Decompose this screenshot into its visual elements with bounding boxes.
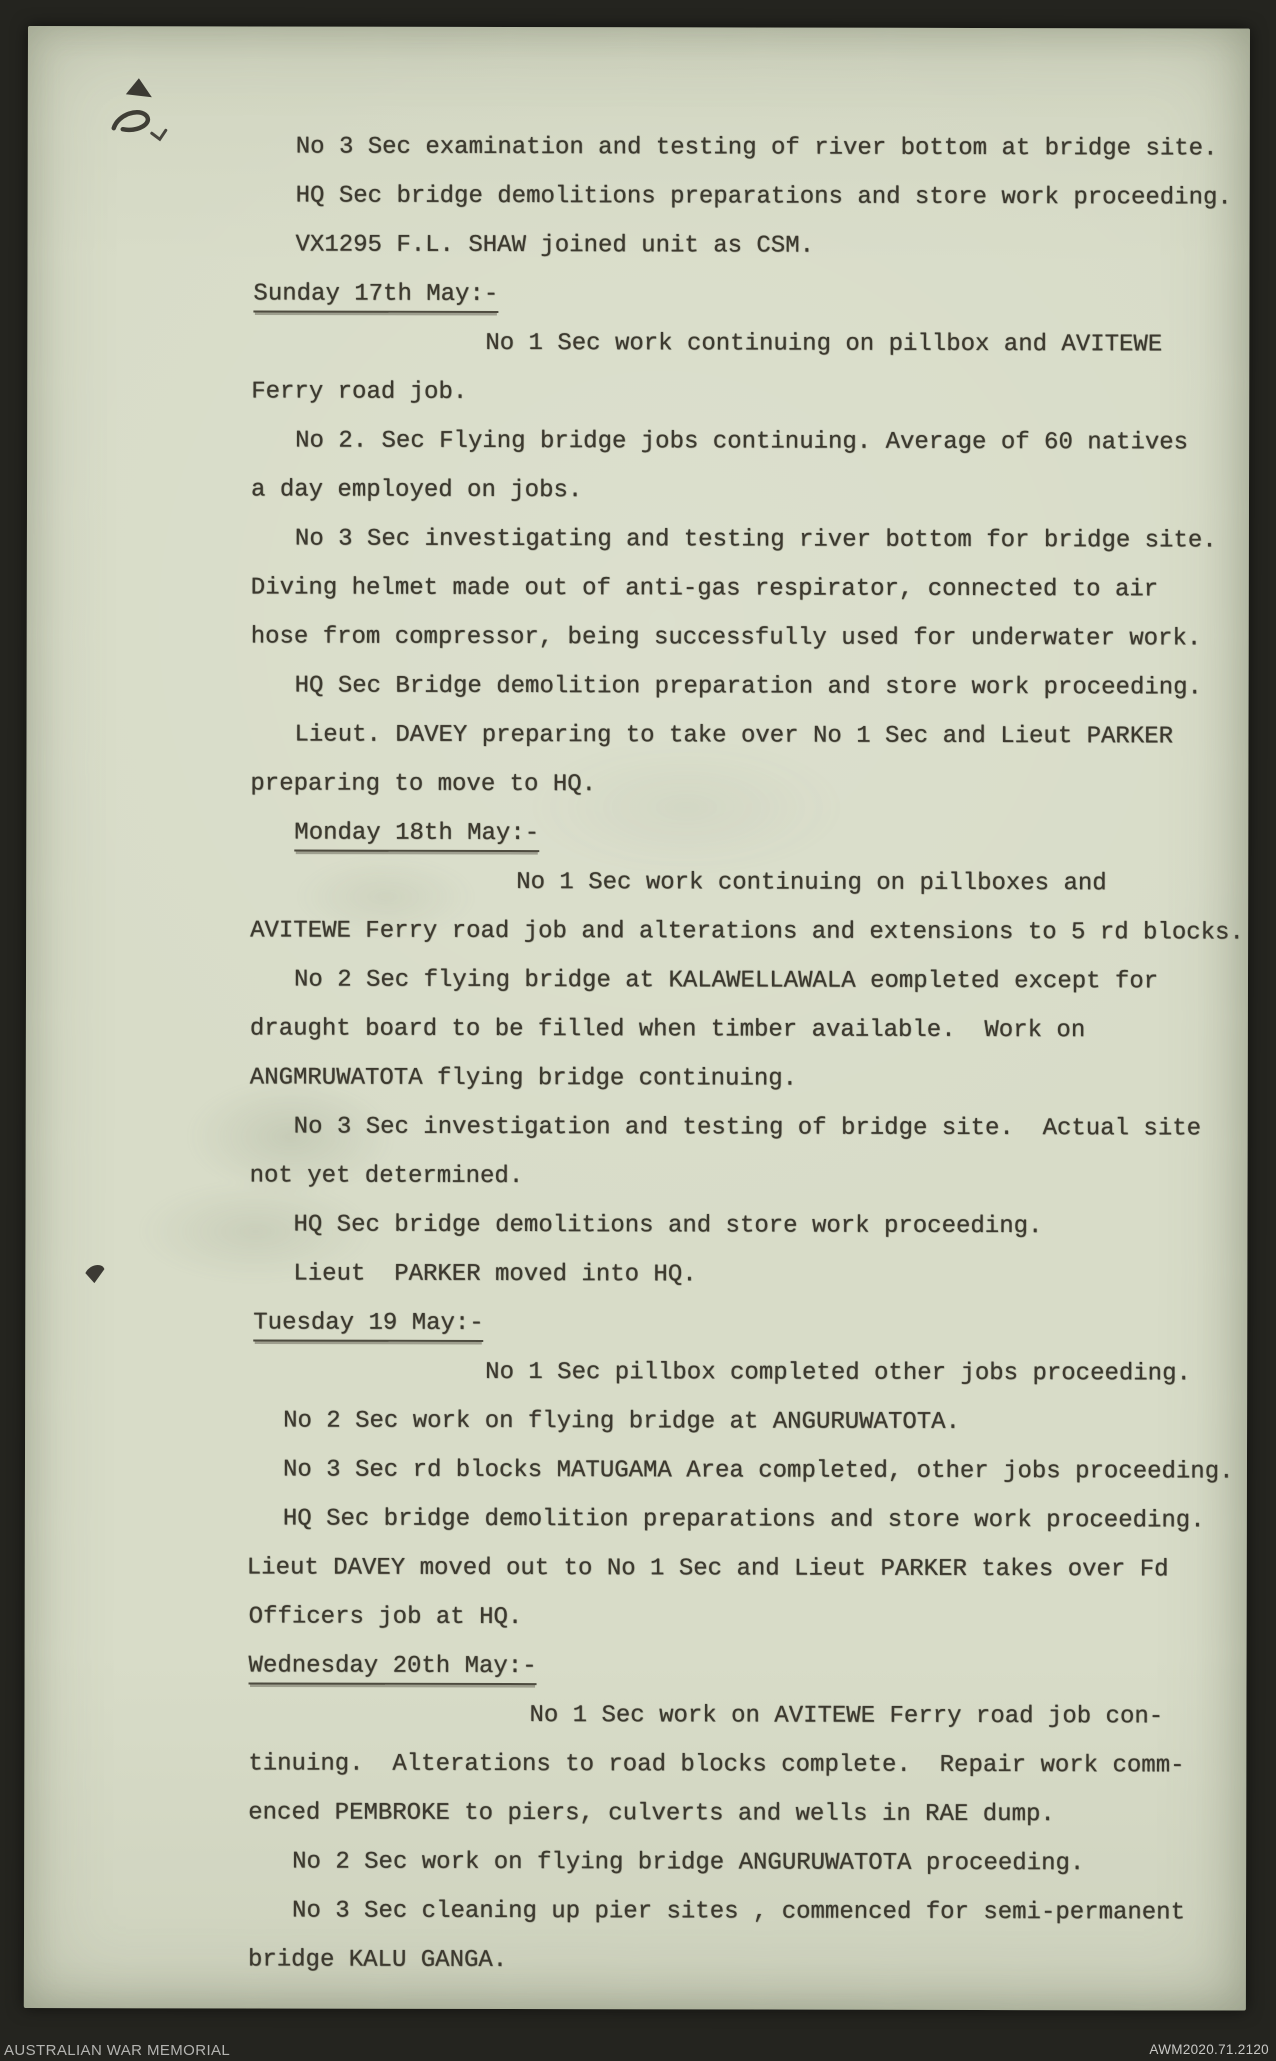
diary-line: Ferry road job.: [251, 379, 467, 405]
diary-line: No 2 Sec flying bridge at KALAWELLAWALA …: [294, 968, 1158, 996]
diary-line: HQ Sec bridge demolitions and store work…: [293, 1213, 1042, 1241]
day-heading-text: Sunday 17th May:-: [253, 280, 498, 313]
day-heading-text: Wednesday 20th May:-: [249, 1652, 537, 1685]
diary-line: Officers job at HQ.: [249, 1604, 523, 1631]
diary-lines: No 3 Sec examination and testing of rive…: [28, 26, 1250, 29]
diary-line: AVITEWE Ferry road job and alterations a…: [250, 918, 1244, 946]
scan-backdrop: No 3 Sec examination and testing of rive…: [0, 0, 1276, 2061]
diary-line: No 3 Sec investigating and testing river…: [295, 527, 1217, 555]
diary-line: No 3 Sec examination and testing of rive…: [296, 135, 1218, 163]
day-heading: Sunday 17th May:-: [253, 281, 498, 308]
diary-line: No 2 Sec work on flying bridge ANGURUWAT…: [292, 1850, 1084, 1878]
diary-line: enced PEMBROKE to piers, culverts and we…: [248, 1800, 1055, 1828]
day-heading: Tuesday 19 May:-: [253, 1310, 483, 1336]
day-heading: Monday 18th May:-: [294, 821, 539, 848]
diary-line: No 3 Sec investigation and testing of br…: [294, 1115, 1201, 1143]
diary-line: No 1 Sec pillbox completed other jobs pr…: [485, 1360, 1191, 1387]
diary-line: ANGMRUWATOTA flying bridge continuing.: [250, 1065, 797, 1092]
diary-line: not yet determined.: [250, 1163, 524, 1190]
day-heading-text: Monday 18th May:-: [294, 820, 539, 853]
diary-line: No 3 Sec rd blocks MATUGAMA Area complet…: [283, 1458, 1234, 1486]
diary-line: No 2 Sec work on flying bridge at ANGURU…: [283, 1409, 960, 1436]
diary-line: a day employed on jobs.: [251, 477, 582, 504]
diary-line: No 1 Sec work continuing on pillbox and …: [485, 331, 1162, 358]
diary-line: No 3 Sec cleaning up pier sites , commen…: [292, 1899, 1185, 1927]
diary-line: No 2. Sec Flying bridge jobs continuing.…: [295, 429, 1188, 457]
diary-line: No 1 Sec work continuing on pillboxes an…: [516, 870, 1107, 897]
diary-line: tinuing. Alterations to road blocks comp…: [248, 1751, 1184, 1779]
diary-line: Lieut PARKER moved into HQ.: [293, 1262, 696, 1289]
pen-triangle-mark: [126, 78, 152, 97]
pen-squiggle-mark: [114, 112, 148, 130]
diary-line: VX1295 F.L. SHAW joined unit as CSM.: [296, 233, 815, 260]
diary-line: preparing to move to HQ.: [250, 771, 596, 798]
diary-line: Lieut DAVEY moved out to No 1 Sec and Li…: [247, 1555, 1169, 1583]
pen-tick-mark: [152, 130, 166, 139]
diary-line: HQ Sec bridge demolition preparations an…: [283, 1507, 1205, 1535]
diary-line: HQ Sec bridge demolitions preparations a…: [296, 184, 1232, 212]
diary-line: No 1 Sec work on AVITEWE Ferry road job …: [529, 1703, 1163, 1730]
diary-page: No 3 Sec examination and testing of rive…: [24, 26, 1250, 2011]
diary-line: Lieut. DAVEY preparing to take over No 1…: [294, 723, 1173, 751]
diary-line: draught board to be filled when timber a…: [250, 1016, 1085, 1044]
day-heading: Wednesday 20th May:-: [249, 1653, 537, 1680]
catalog-number: AWM2020.71.2120: [1149, 2042, 1269, 2057]
edge-blot-mark: [85, 1265, 104, 1283]
diary-line: HQ Sec Bridge demolition preparation and…: [295, 674, 1202, 702]
diary-line: Diving helmet made out of anti-gas respi…: [251, 575, 1158, 603]
diary-line: bridge KALU GANGA.: [248, 1947, 507, 1974]
diary-line: hose from compressor, being successfully…: [251, 624, 1202, 652]
day-heading-text: Tuesday 19 May:-: [253, 1309, 484, 1341]
archive-watermark: AUSTRALIAN WAR MEMORIAL: [4, 2042, 230, 2059]
